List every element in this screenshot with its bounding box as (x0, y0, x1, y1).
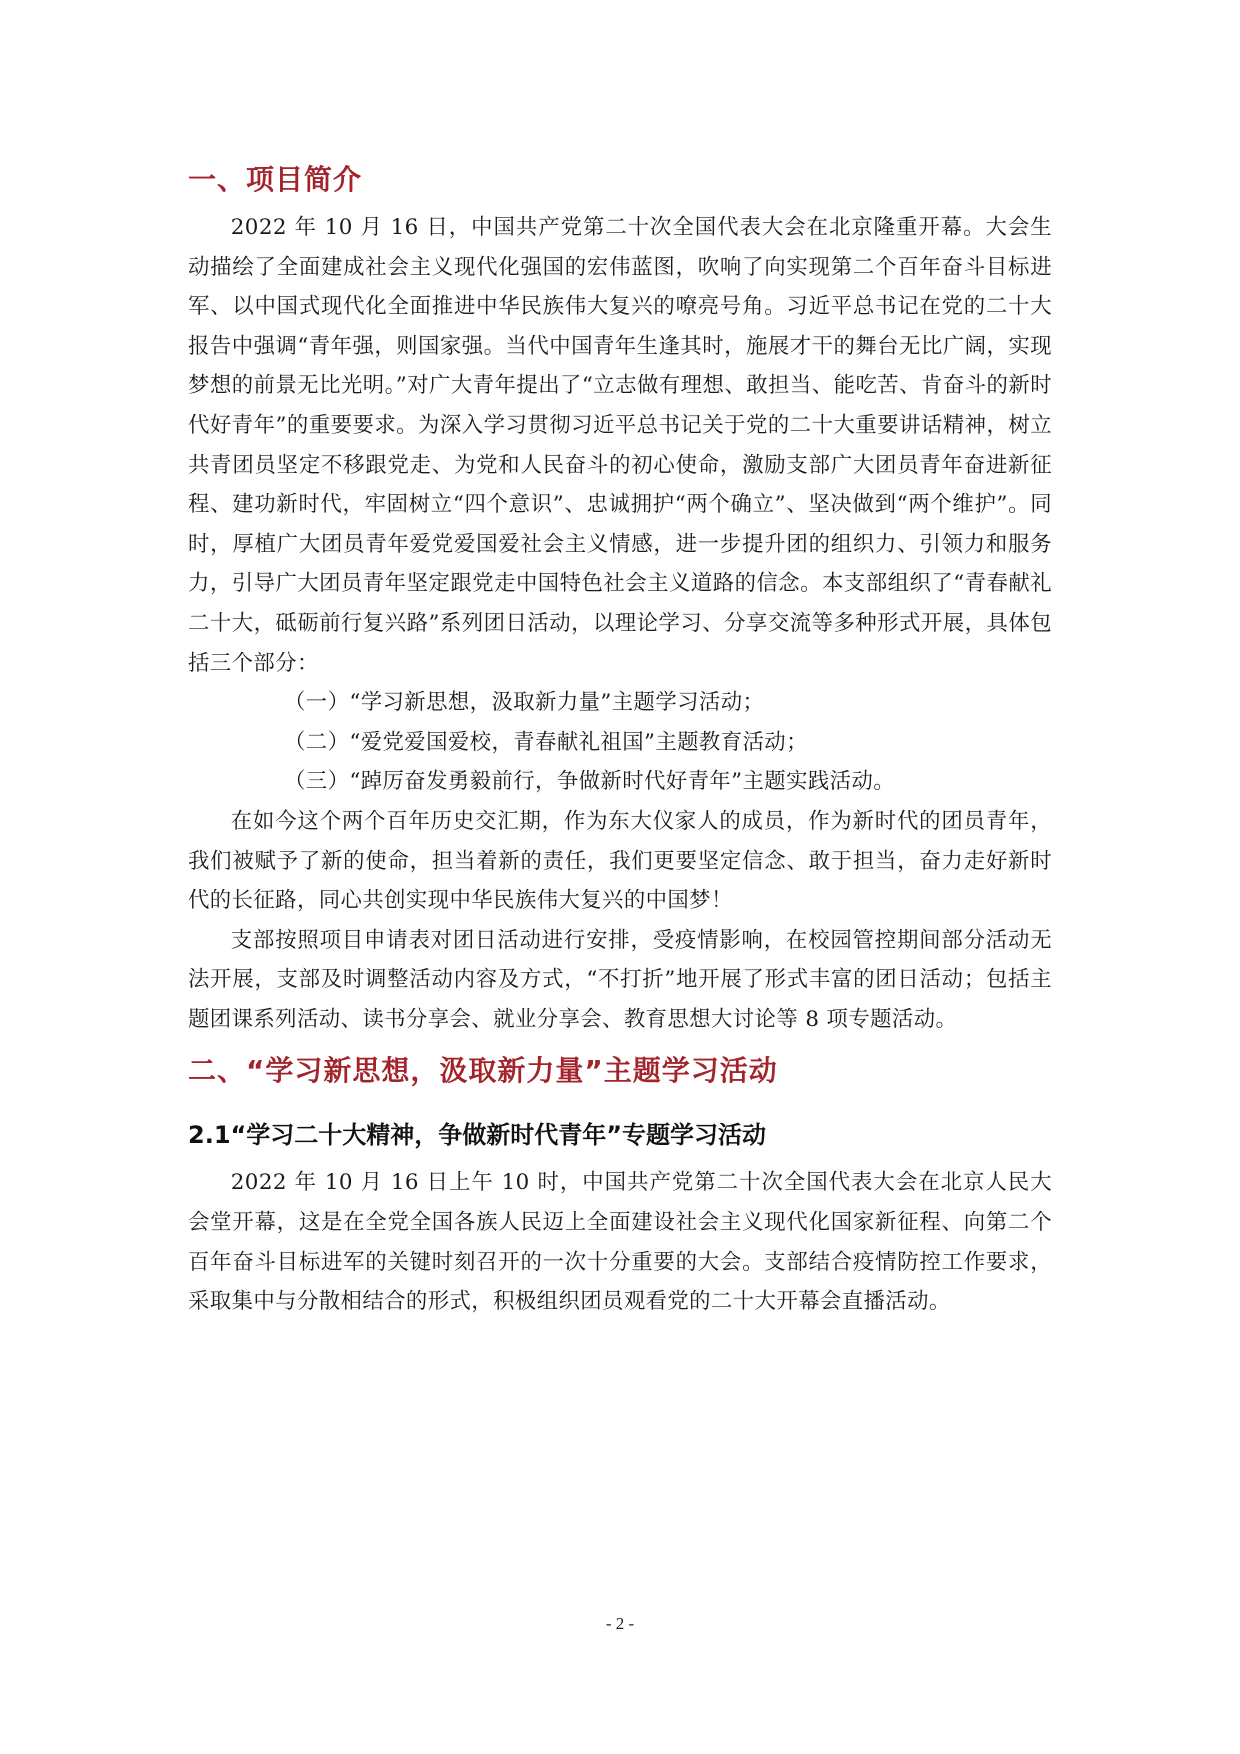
list-item: （三）“踔厉奋发勇毅前行，争做新时代好青年”主题实践活动。 (188, 762, 1052, 802)
section-1-heading: 一、项目简介 (188, 160, 1052, 208)
list-item: （一）“学习新思想，汲取新力量”主题学习活动； (188, 683, 1052, 723)
subsection-2-1-paragraph: 2022 年 10 月 16 日上午 10 时，中国共产党第二十次全国代表大会在… (188, 1163, 1052, 1321)
section-2-heading: 二、“学习新思想，汲取新力量”主题学习活动 (188, 1051, 1052, 1101)
section-1-schedule-paragraph: 支部按照项目申请表对团日活动进行安排，受疫情影响，在校园管控期间部分活动无法开展… (188, 921, 1052, 1040)
page-number: - 2 - (0, 1614, 1240, 1634)
document-page: 一、项目简介 2022 年 10 月 16 日，中国共产党第二十次全国代表大会在… (188, 160, 1052, 1322)
list-item: （二）“爱党爱国爱校，青春献礼祖国”主题教育活动； (188, 723, 1052, 763)
subsection-2-1-heading: 2.1“学习二十大精神，争做新时代青年”专题学习活动 (188, 1115, 1052, 1155)
section-1-mission-paragraph: 在如今这个两个百年历史交汇期，作为东大仪家人的成员，作为新时代的团员青年，我们被… (188, 802, 1052, 921)
section-1-intro-paragraph: 2022 年 10 月 16 日，中国共产党第二十次全国代表大会在北京隆重开幕。… (188, 208, 1052, 683)
activity-parts-list: （一）“学习新思想，汲取新力量”主题学习活动； （二）“爱党爱国爱校，青春献礼祖… (188, 683, 1052, 802)
